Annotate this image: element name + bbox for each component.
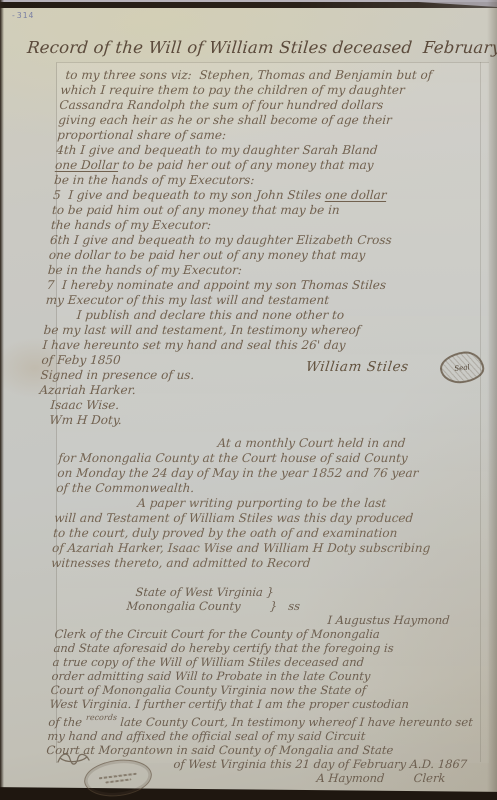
handwritten-line: 7 I hereby nominate and appoint my son T…	[46, 278, 473, 293]
text-span: A paper writing purporting to be the las…	[137, 496, 387, 510]
handwritten-line: Clerk of the Circuit Court for the Count…	[54, 627, 487, 641]
pencil-page-note: -314	[11, 11, 34, 20]
text-span: Clerk of the Circuit Court for the Count…	[54, 627, 380, 641]
text-span: on Monday the 24 day of May in the year …	[57, 466, 419, 480]
handwritten-line: will and Testament of William Stiles was…	[54, 511, 483, 526]
text-span: giving each heir as he or she shall beco…	[58, 113, 392, 127]
text-span: State of West Virginia }	[135, 585, 274, 599]
handwritten-line: one dollar to be paid her out of any mon…	[48, 248, 475, 263]
text-span: of West Virginia this 21 day of February…	[173, 757, 468, 771]
handwritten-line: State of West Virginia }	[57, 585, 490, 599]
book-bottom-edge	[0, 786, 497, 800]
text-span: to the court, duly proved by the oath of…	[53, 526, 398, 540]
handwritten-line: giving each heir as he or she shall beco…	[58, 113, 485, 128]
record-book-photo: -314 Record of the Will of William Stile…	[0, 0, 497, 800]
text-span: a true copy of the Will of William Stile…	[52, 655, 364, 669]
text-span: and State aforesaid do hereby certify th…	[53, 641, 394, 655]
handwritten-line: Court at Morgantown in said County of Mo…	[46, 743, 479, 757]
text-span: of Feby 1850	[41, 353, 121, 367]
handwritten-line: and State aforesaid do hereby certify th…	[53, 641, 486, 655]
text-span: be in the hands of my Executors:	[54, 173, 255, 187]
handwritten-line: 6th I give and bequeath to my daughter E…	[49, 233, 476, 248]
text-span: Court at Morgantown in said County of Mo…	[46, 743, 394, 757]
handwritten-line: Monongalia County } ss	[56, 599, 489, 613]
handwritten-line: Isaac Wise.	[38, 398, 465, 413]
text-span: Monongalia County } ss	[126, 599, 300, 613]
seal-label: Seal	[454, 363, 470, 373]
text-span: A Haymond Clerk	[316, 771, 446, 785]
handwritten-line: West Virginia. I further certify that I …	[49, 697, 482, 711]
handwritten-line: which I require them to pay the children…	[60, 83, 487, 98]
text-span: to be paid her out of any money that may	[118, 158, 374, 172]
text-span: which I require them to pay the children…	[60, 83, 405, 97]
underlined-phrase: one dollar	[325, 188, 387, 202]
handwritten-line: be in the hands of my Executor:	[47, 263, 474, 278]
handwritten-line: I publish and declare this and none othe…	[44, 308, 471, 323]
book-left-edge	[0, 0, 4, 800]
record-title: Record of the Will of William Stiles dec…	[26, 38, 493, 57]
text-span: my Executor of this my last will and tes…	[45, 293, 329, 307]
handwritten-line: A paper writing purporting to be the las…	[55, 496, 484, 511]
text-span: Signed in presence of us.	[40, 368, 195, 382]
handwritten-line: 4th I give and bequeath to my daughter S…	[56, 143, 483, 158]
text-span: I publish and declare this and none othe…	[76, 308, 344, 322]
handwritten-line: of the records late County Court, In tes…	[48, 711, 481, 729]
handwritten-line: to the court, duly proved by the oath of…	[53, 526, 482, 541]
text-span: witnesses thereto, and admitted to Recor…	[51, 556, 311, 570]
handwritten-line: of Azariah Harker, Isaac Wise and Willia…	[52, 541, 481, 556]
handwritten-line: order admitting said Will to Probate in …	[51, 669, 484, 683]
text-span: of the Commonwealth.	[56, 481, 195, 495]
text-span: one dollar to be paid her out of any mon…	[48, 248, 365, 262]
handwritten-line: the hands of my Executor:	[50, 218, 477, 233]
text-span: 5 I give and bequeath to my son John Sti…	[53, 188, 326, 202]
text-span: late County Court, In testimony whereof …	[116, 715, 473, 729]
handwritten-line: proportional share of same:	[57, 128, 484, 143]
text-span: my hand and affixed the official seal of…	[47, 729, 366, 743]
handwritten-line: Cassandra Randolph the sum of four hundr…	[59, 98, 486, 113]
handwritten-line: At a monthly Court held in and	[59, 436, 488, 451]
court-record-text: At a monthly Court held in andfor Monong…	[51, 436, 488, 571]
underlined-phrase: one Dollar	[55, 158, 119, 172]
handwritten-line: my Executor of this my last will and tes…	[45, 293, 472, 308]
text-span: of the	[48, 715, 86, 729]
text-span: proportional share of same:	[57, 128, 227, 142]
testator-signature: William Stiles	[305, 359, 410, 375]
handwritten-line: Court of Monongalia County Virginia now …	[50, 683, 483, 697]
text-span: 4th I give and bequeath to my daughter S…	[56, 143, 378, 157]
text-span: be in the hands of my Executor:	[47, 263, 242, 277]
text-span: Isaac Wise.	[50, 398, 120, 412]
handwritten-line: of the Commonwealth.	[56, 481, 485, 496]
text-span: Wm H Doty.	[49, 413, 122, 427]
handwritten-line: for Monongalia County at the Court house…	[58, 451, 487, 466]
ink-scribble-stamp-icon	[56, 749, 92, 769]
text-span: 7 I hereby nominate and appoint my son T…	[46, 278, 386, 292]
handwritten-line: be my last will and testament, In testim…	[43, 323, 470, 338]
text-span: of Azariah Harker, Isaac Wise and Willia…	[52, 541, 431, 555]
handwritten-line: to my three sons viz: Stephen, Thomas an…	[61, 68, 488, 83]
text-span: West Virginia. I further certify that I …	[49, 697, 409, 711]
text-span: for Monongalia County at the Court house…	[58, 451, 408, 465]
text-span: be my last will and testament, In testim…	[43, 323, 361, 337]
handwritten-line: 5 I give and bequeath to my son John Sti…	[53, 188, 480, 203]
handwritten-line: a true copy of the Will of William Stile…	[52, 655, 485, 669]
text-span: 6th I give and bequeath to my daughter E…	[49, 233, 392, 247]
text-span: I Augustus Haymond	[327, 613, 450, 627]
handwritten-line: Wm H Doty.	[37, 413, 464, 428]
handwritten-line: one Dollar to be paid her out of any mon…	[55, 158, 482, 173]
handwritten-line: my hand and affixed the official seal of…	[47, 729, 480, 743]
text-span: to my three sons viz: Stephen, Thomas an…	[65, 68, 433, 82]
inserted-word: records	[86, 713, 118, 722]
handwritten-line: Azariah Harker.	[39, 383, 466, 398]
handwritten-line: be in the hands of my Executors:	[54, 173, 481, 188]
text-span: to be paid him out of any money that may…	[52, 203, 341, 217]
text-span: I have hereunto set my hand and seal thi…	[42, 338, 346, 352]
handwritten-line: on Monday the 24 day of May in the year …	[57, 466, 486, 481]
text-span: order admitting said Will to Probate in …	[51, 669, 371, 683]
handwritten-line: I Augustus Haymond	[55, 613, 488, 627]
text-span: will and Testament of William Stiles was…	[54, 511, 414, 525]
text-span: Court of Monongalia County Virginia now …	[50, 683, 366, 697]
text-span: Cassandra Randolph the sum of four hundr…	[59, 98, 384, 112]
handwritten-line: I have hereunto set my hand and seal thi…	[42, 338, 469, 353]
text-span: Azariah Harker.	[39, 383, 136, 397]
handwritten-line: witnesses thereto, and admitted to Recor…	[51, 556, 480, 571]
handwritten-line: to be paid him out of any money that may…	[52, 203, 479, 218]
book-top-edge	[0, 2, 497, 8]
will-body-text: to my three sons viz: Stephen, Thomas an…	[37, 68, 488, 428]
text-span: the hands of my Executor:	[51, 218, 212, 232]
text-span: At a monthly Court held in and	[217, 436, 406, 450]
clerk-certificate-text: State of West Virginia }Monongalia Count…	[44, 585, 490, 785]
